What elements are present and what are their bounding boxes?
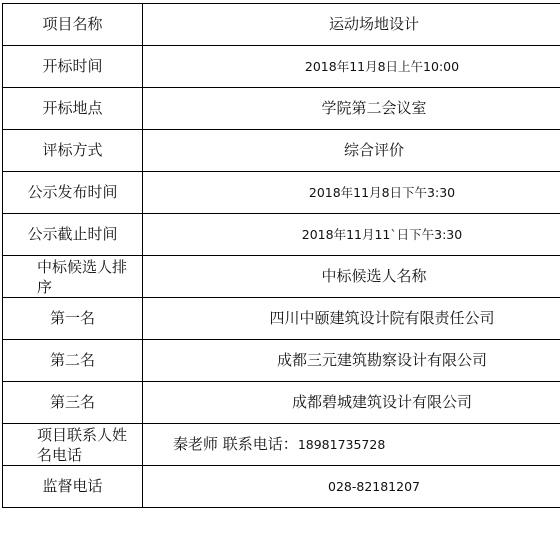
table-row-first-place: 第一名 四川中颐建筑设计院有限责任公司 (3, 298, 560, 340)
candidate-name-header: 中标候选人名称 (321, 267, 426, 286)
row-value-cell: 2018年11月8日上午10:00 (143, 46, 560, 88)
contact-phone-label: 联系电话： (223, 435, 298, 453)
table-row-project-contact: 项目联系人姓名电话 秦老师 联系电话：18981735728 (3, 424, 560, 466)
row-label-cell: 公示截止时间 (3, 214, 143, 256)
row-value-cell: 028-82181207 (143, 466, 560, 508)
publicity-start-value: 2018年11月8日下午3:30 (309, 183, 455, 202)
table-row-publicity-start: 公示发布时间 2018年11月8日下午3:30 (3, 172, 560, 214)
row-label-cell: 第二名 (3, 340, 143, 382)
bid-info-table: 项目名称 运动场地设计 开标时间 2018年11月8日上午10:00 开标地点 (2, 3, 560, 508)
table-row-project-name: 项目名称 运动场地设计 (3, 4, 560, 46)
table-row-bid-opening-time: 开标时间 2018年11月8日上午10:00 (3, 46, 560, 88)
row-label-cell: 第一名 (3, 298, 143, 340)
row-value-cell: 成都三元建筑勘察设计有限公司 (143, 340, 560, 382)
row-label-cell: 中标候选人排序 (3, 256, 143, 298)
bid-announcement-sheet: 项目名称 运动场地设计 开标时间 2018年11月8日上午10:00 开标地点 (2, 3, 557, 508)
project-name-label: 项目名称 (42, 15, 102, 34)
table-row-supervision-phone: 监督电话 028-82181207 (3, 466, 560, 508)
table-row-publicity-end: 公示截止时间 2018年11月11`日下午3:30 (3, 214, 560, 256)
project-name-value: 运动场地设计 (329, 15, 419, 34)
row-value-cell: 秦老师 联系电话：18981735728 (143, 424, 560, 466)
table-row-second-place: 第二名 成都三元建筑勘察设计有限公司 (3, 340, 560, 382)
row-value-cell: 成都碧城建筑设计有限公司 (143, 382, 560, 424)
third-place-value: 成都碧城建筑设计有限公司 (292, 393, 472, 412)
row-label-cell: 开标地点 (3, 88, 143, 130)
second-place-value: 成都三元建筑勘察设计有限公司 (277, 351, 487, 370)
row-label-cell: 项目联系人姓名电话 (3, 424, 143, 466)
candidate-ranking-label: 中标候选人排序 (37, 258, 127, 296)
contact-person-name: 秦老师 (173, 435, 218, 453)
row-value-cell: 运动场地设计 (143, 4, 560, 46)
evaluation-method-label: 评标方式 (42, 141, 102, 160)
supervision-phone-value: 028-82181207 (328, 477, 420, 496)
publicity-start-label: 公示发布时间 (27, 183, 117, 202)
supervision-phone-label: 监督电话 (42, 477, 102, 496)
first-place-value: 四川中颐建筑设计院有限责任公司 (269, 309, 494, 328)
bid-opening-location-value: 学院第二会议室 (321, 99, 426, 118)
bid-opening-time-value: 2018年11月8日上午10:00 (305, 57, 459, 76)
row-label-cell: 监督电话 (3, 466, 143, 508)
bid-opening-time-label: 开标时间 (42, 57, 102, 76)
contact-phone-number: 18981735728 (298, 437, 385, 452)
row-label-cell: 开标时间 (3, 46, 143, 88)
row-value-cell: 四川中颐建筑设计院有限责任公司 (143, 298, 560, 340)
row-value-cell: 2018年11月8日下午3:30 (143, 172, 560, 214)
first-place-label: 第一名 (50, 309, 95, 328)
third-place-label: 第三名 (50, 393, 95, 412)
table-row-third-place: 第三名 成都碧城建筑设计有限公司 (3, 382, 560, 424)
bid-opening-location-label: 开标地点 (42, 99, 102, 118)
project-contact-label: 项目联系人姓名电话 (37, 426, 127, 464)
row-label-cell: 第三名 (3, 382, 143, 424)
row-value-cell: 学院第二会议室 (143, 88, 560, 130)
table-row-evaluation-method: 评标方式 综合评价 (3, 130, 560, 172)
row-label-cell: 公示发布时间 (3, 172, 143, 214)
row-label-cell: 评标方式 (3, 130, 143, 172)
evaluation-method-value: 综合评价 (344, 141, 404, 160)
table-row-bid-opening-location: 开标地点 学院第二会议室 (3, 88, 560, 130)
table-row-candidate-ranking-header: 中标候选人排序 中标候选人名称 (3, 256, 560, 298)
row-value-cell: 2018年11月11`日下午3:30 (143, 214, 560, 256)
row-label-cell: 项目名称 (3, 4, 143, 46)
publicity-end-label: 公示截止时间 (27, 225, 117, 244)
second-place-label: 第二名 (50, 351, 95, 370)
publicity-end-value: 2018年11月11`日下午3:30 (302, 225, 462, 244)
row-value-cell: 综合评价 (143, 130, 560, 172)
row-value-cell: 中标候选人名称 (143, 256, 560, 298)
